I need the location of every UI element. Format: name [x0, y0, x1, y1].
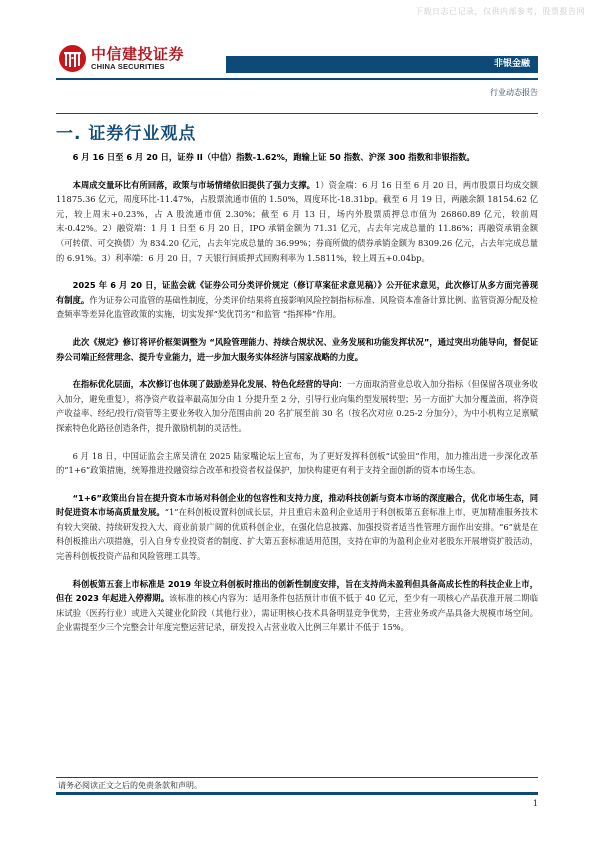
watermark-text: 下载日志已记录，仅供内部参考，股票报告网 — [415, 6, 585, 17]
paragraph-lead: 本周成交量环比有所回落，政策与市场情绪依旧提供了强力支撑。 — [73, 180, 315, 190]
logo-english-name: CHINA SECURITIES — [91, 62, 184, 72]
company-logo: 中信建投证券 CHINA SECURITIES — [59, 45, 184, 72]
paragraph-lead: 此次《规定》修订将评价框架调整为 “风险管理能力、持续合规状况、业务发展和功能发… — [56, 337, 538, 362]
paragraph-text: 6 月 18 日，中国证监会主席吴清在 2025 陆家嘴论坛上宣布，为了更好发挥… — [56, 451, 538, 476]
paragraph-lead: 在指标优化层面，本次修订也体现了鼓励差异化发展、特色化经营的导向： — [73, 379, 347, 389]
logo-chinese-name: 中信建投证券 — [91, 46, 184, 62]
sector-banner: 非银金融 — [226, 56, 538, 73]
paragraph-index-performance: 6 月 16 日至 6 月 20 日，证券 II（中信）指数-1.62%，跑输上… — [56, 150, 538, 165]
paragraph-market-data: 本周成交量环比有所回落，政策与市场情绪依旧提供了强力支撑。1）资金端：6 月 1… — [56, 178, 538, 266]
paragraph-framework: 此次《规定》修订将评价框架调整为 “风险管理能力、持续合规状况、业务发展和功能发… — [56, 335, 538, 364]
paragraph-indicators: 在指标优化层面，本次修订也体现了鼓励差异化发展、特色化经营的导向：一方面取消营业… — [56, 377, 538, 435]
report-type-label: 行业动态报告 — [490, 87, 538, 98]
header-divider — [56, 78, 538, 80]
footer-disclaimer: 请务必阅读正文之后的免责条款和声明。 — [58, 780, 202, 791]
section-divider — [56, 113, 538, 114]
paragraph-star-market-standard: 科创板第五套上市标准是 2019 年设立科创板时推出的创新性制度安排，旨在支持尚… — [56, 577, 538, 635]
section-title: 一. 证券行业观点 — [56, 119, 196, 144]
paragraph-text: 1）资金端：6 月 16 日至 6 月 20 日，两市股票日均成交额 11875… — [56, 180, 538, 263]
paragraph-regulation: 2025 年 6 月 20 日，证监会就《证券公司分类评价规定（修订草案征求意见… — [56, 278, 538, 322]
paragraph-text: 作为证券公司监管的基础性制度，分类评价结果将直接影响风险控制指标标准、风险资本准… — [56, 295, 538, 320]
footer-divider-thin — [56, 777, 538, 778]
paragraph-lead: 6 月 16 日至 6 月 20 日，证券 II（中信）指数-1.62%，跑输上… — [73, 152, 475, 162]
paragraph-forum-announcement: 6 月 18 日，中国证监会主席吴清在 2025 陆家嘴论坛上宣布，为了更好发挥… — [56, 449, 538, 478]
report-body: 6 月 16 日至 6 月 20 日，证券 II（中信）指数-1.62%，跑输上… — [56, 150, 538, 648]
page-number: 1 — [533, 799, 538, 808]
footer-divider-thick — [56, 792, 538, 795]
paragraph-policy-1-6: “1+6”政策出台旨在提升资本市场对科创企业的包容性和支持力度，推动科技创新与资… — [56, 491, 538, 564]
citic-logo-icon — [59, 45, 86, 72]
